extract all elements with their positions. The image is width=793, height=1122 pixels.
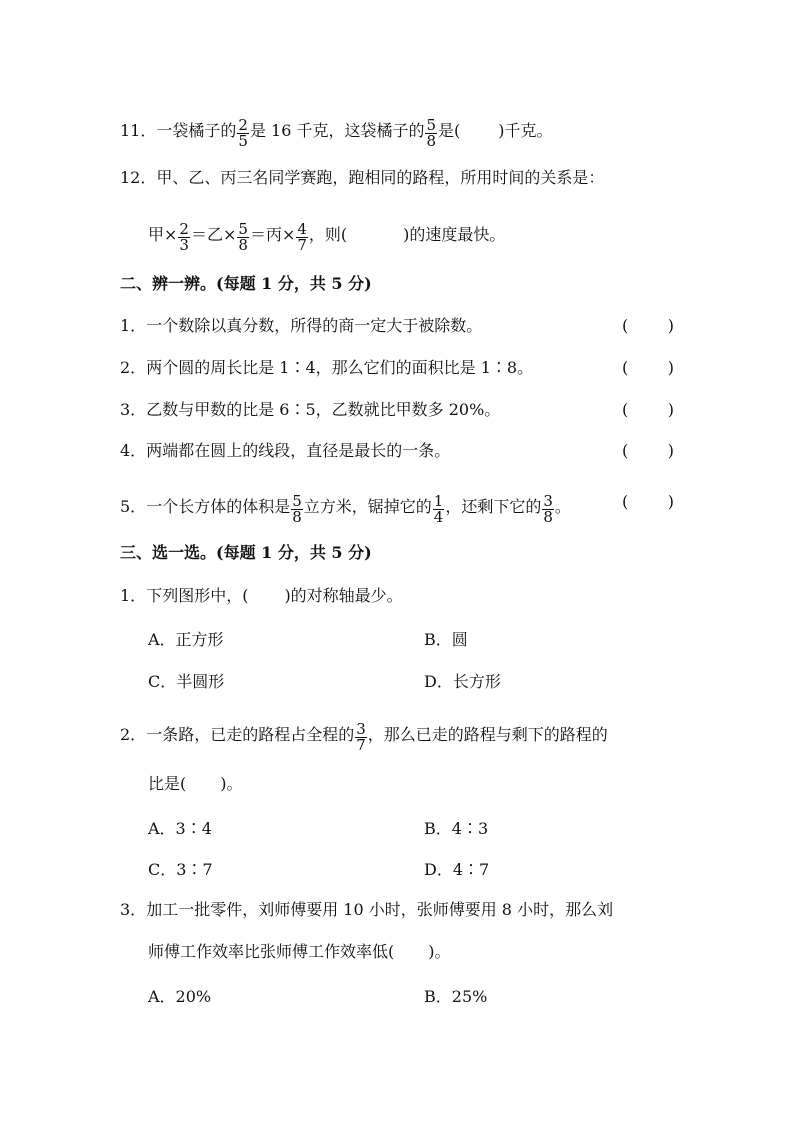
choice-question-1: 1．下列图形中，()的对称轴最少。 [120, 586, 403, 606]
option-b[interactable]: B．圆 [424, 627, 468, 650]
question-number: 11． [120, 121, 156, 140]
fraction: 58 [237, 222, 249, 253]
option-d[interactable]: D．4∶7 [424, 857, 489, 880]
option-c[interactable]: C．半圆形 [148, 669, 224, 692]
option-c[interactable]: C．3∶7 [148, 857, 213, 880]
fraction: 58 [291, 494, 303, 525]
option-d[interactable]: D．长方形 [424, 669, 501, 692]
option-b[interactable]: B．25% [424, 984, 487, 1007]
question-12: 12．甲、乙、丙三名同学赛跑，跑相同的路程，所用时间的关系是： [120, 168, 604, 188]
choice-question-2-cont: 比是()。 [148, 774, 243, 794]
section-2-title: 二、辨一辨。(每题 1 分，共 5 分) [120, 274, 372, 294]
option-a[interactable]: A．3∶4 [148, 816, 212, 839]
fraction: 58 [425, 118, 437, 149]
question-number: 12． [120, 168, 156, 187]
choice-question-2: 2．一条路，已走的路程占全程的37，那么已走的路程与剩下的路程的 [120, 720, 608, 751]
judge-item-2: 2．两个圆的周长比是 1∶4，那么它们的面积比是 1∶8。 [120, 358, 533, 378]
question-12-equation: 甲×23＝乙×58＝丙×47，则()的速度最快。 [148, 220, 505, 251]
option-a[interactable]: A．正方形 [148, 627, 224, 650]
option-a[interactable]: A．20% [148, 984, 211, 1007]
fraction: 37 [355, 722, 367, 753]
judge-item-1: 1．一个数除以真分数，所得的商一定大于被除数。 [120, 316, 482, 336]
choice-question-3: 3．加工一批零件，刘师傅要用 10 小时，张师傅要用 8 小时，那么刘 [120, 900, 613, 920]
option-b[interactable]: B．4∶3 [424, 816, 488, 839]
judge-item-4: 4．两端都在圆上的线段，直径是最长的一条。 [120, 441, 450, 461]
fraction: 25 [237, 118, 249, 149]
judge-item-5: 5．一个长方体的体积是58立方米，锯掉它的14，还剩下它的38。 [120, 492, 571, 523]
choice-question-3-cont: 师傅工作效率比张师傅工作效率低()。 [148, 942, 451, 962]
judge-item-3: 3．乙数与甲数的比是 6∶5，乙数就比甲数多 20%。 [120, 400, 500, 420]
fraction: 47 [296, 222, 308, 253]
fraction: 38 [542, 494, 554, 525]
section-3-title: 三、选一选。(每题 1 分，共 5 分) [120, 543, 372, 563]
question-11: 11．一袋橘子的25是 16 千克，这袋橘子的58是()千克。 [120, 116, 553, 147]
fraction: 14 [433, 494, 445, 525]
fraction: 23 [178, 222, 190, 253]
